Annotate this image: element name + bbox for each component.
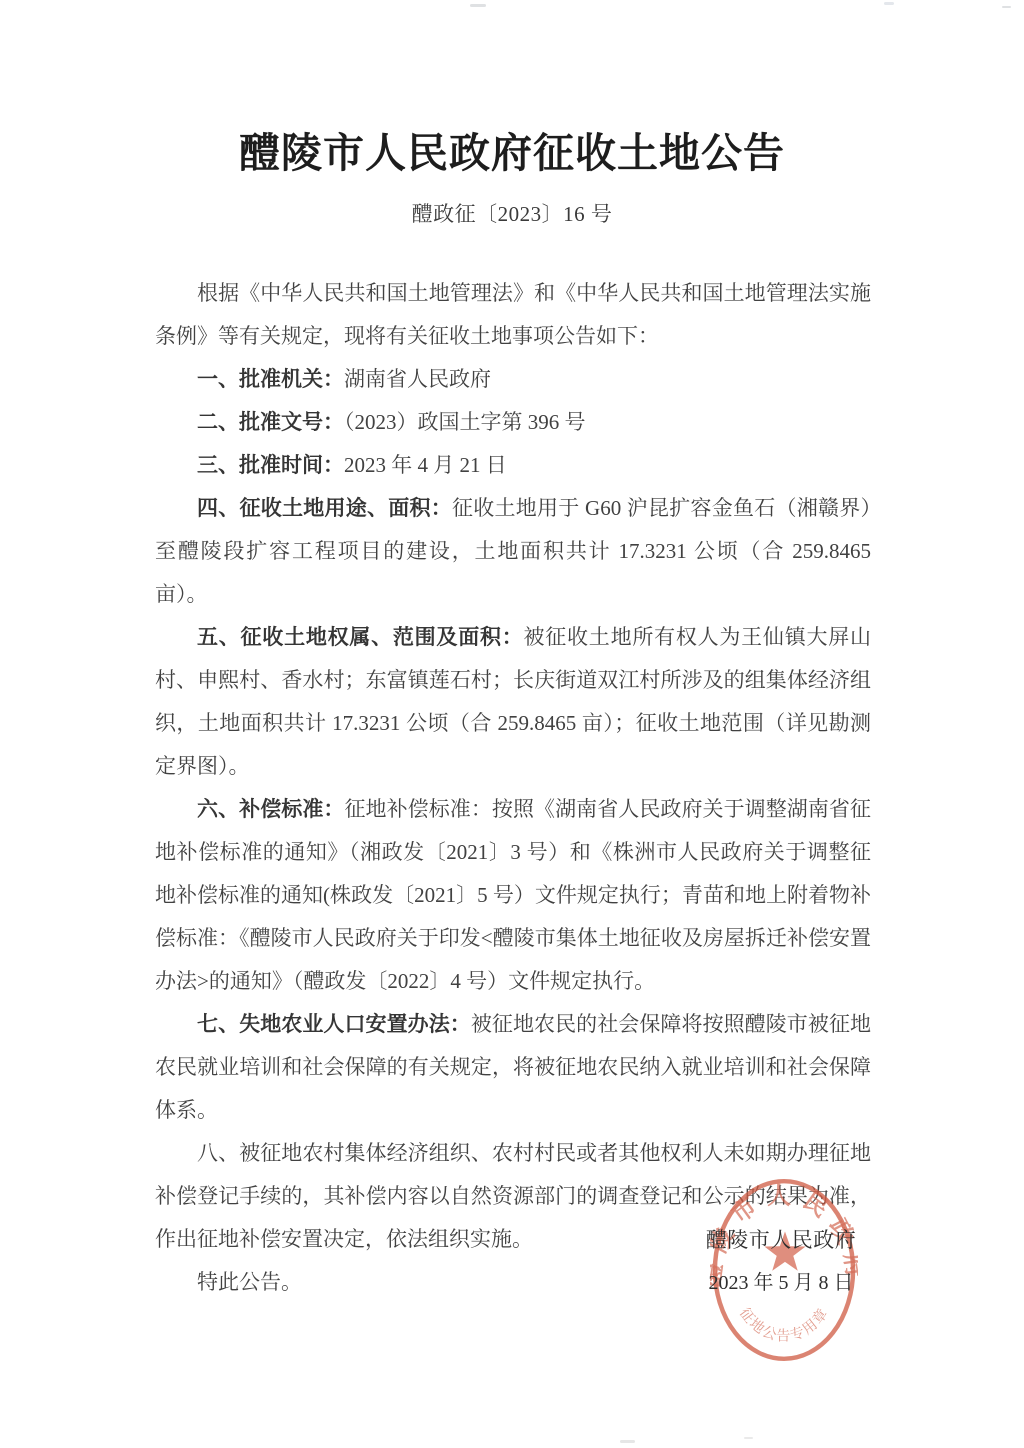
announcement-item-3: 三、批准时间：2023 年 4 月 21 日 [155, 444, 871, 487]
announcement-item-1: 一、批准机关：湖南省人民政府 [155, 358, 871, 401]
item-label: 六、补偿标准： [197, 797, 344, 821]
item-label: 三、批准时间： [197, 453, 344, 477]
item-text: 征地补偿标准：按照《湖南省人民政府关于调整湖南省征地补偿标准的通知》（湘政发〔2… [155, 797, 871, 993]
item-label: 一、批准机关： [197, 367, 344, 391]
document-number: 醴政征〔2023〕16 号 [0, 198, 1024, 228]
item-text: （2023）政国土字第 396 号 [344, 410, 586, 434]
document-body: 根据《中华人民共和国土地管理法》和《中华人民共和国土地管理法实施条例》等有关规定… [155, 272, 871, 1304]
seal-bottom-text: 征地公告专用章 [736, 1304, 832, 1345]
item-label: 七、失地农业人口安置办法： [197, 1012, 471, 1036]
announcement-item-4: 四、征收土地用途、面积：征收土地用于 G60 沪昆扩容金鱼石（湘赣界）至醴陵段扩… [155, 487, 871, 616]
announcement-item-2: 二、批准文号：（2023）政国土字第 396 号 [155, 401, 871, 444]
item-label: 五、征收土地权属、范围及面积： [197, 625, 524, 649]
issue-date: 2023 年 5 月 8 日 [698, 1266, 864, 1295]
scan-artifact [744, 1437, 753, 1439]
scan-artifact [884, 2, 894, 5]
announcement-item-6: 六、补偿标准：征地补偿标准：按照《湖南省人民政府关于调整湖南省征地补偿标准的通知… [155, 788, 871, 1003]
scan-artifact [470, 4, 486, 7]
item-label: 二、批准文号： [197, 410, 344, 434]
scan-artifact [1002, 6, 1011, 8]
item-text: 湖南省人民政府 [344, 367, 491, 391]
announcement-item-7: 七、失地农业人口安置办法：被征地农民的社会保障将按照醴陵市被征地农民就业培训和社… [155, 1003, 871, 1132]
scan-artifact [620, 1440, 635, 1443]
document-title: 醴陵市人民政府征收土地公告 [0, 120, 1024, 179]
item-label: 四、征收土地用途、面积： [197, 496, 452, 520]
issuer-name: 醴陵市人民政府 [700, 1224, 862, 1254]
announcement-item-5: 五、征收土地权属、范围及面积：被征收土地所有权人为王仙镇大屏山村、申熙村、香水村… [155, 616, 871, 788]
svg-text:征地公告专用章: 征地公告专用章 [736, 1304, 832, 1345]
item-text: 2023 年 4 月 21 日 [344, 453, 507, 477]
intro-paragraph: 根据《中华人民共和国土地管理法》和《中华人民共和国土地管理法实施条例》等有关规定… [155, 272, 871, 358]
